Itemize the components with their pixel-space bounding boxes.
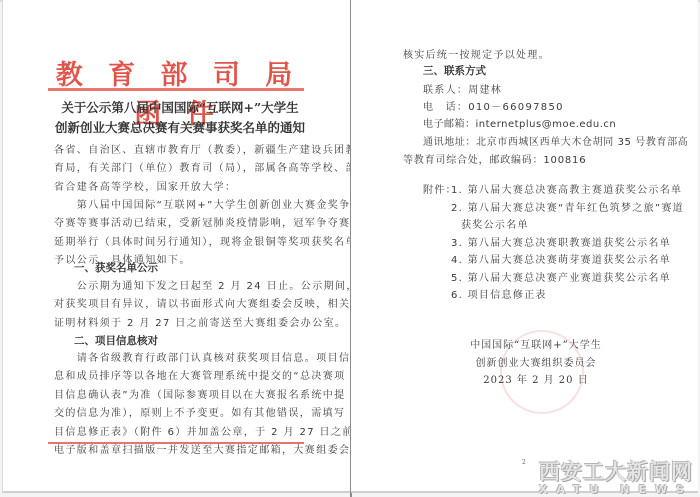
attachment-item-2-cont: 获奖公示名单 [461, 216, 529, 231]
contact-email: 电子邮箱：internetplus@moe.edu.cn [423, 115, 616, 130]
contact-address-line-1: 通讯地址：北京市西城区西单大木仓胡同 35 号教育部高 [423, 133, 688, 148]
section-2-line: 目信息修正表》（附件 6）并加盖公章，于 2 月 27 日之前将 [54, 424, 368, 442]
section-2-line: 请各省级教育行政部门认真核对获奖项目信息。项目信 [54, 350, 368, 368]
section-2-heading: 二、项目信息核对 [74, 333, 158, 348]
section-2-continuation: 核实后统一按规定予以处理。 [403, 46, 550, 61]
watermark-cn: 西安工大新闻网 [533, 460, 699, 484]
signature-org-line-2: 创新创业大赛组织委员会 [436, 354, 636, 369]
attachment-item-1: 1. 第八届大赛总决赛高教主赛道获奖公示名单 [451, 181, 682, 196]
attachment-item-2: 2. 第八届大赛总决赛“青年红色筑梦之旅”赛道 [451, 199, 684, 214]
intro-line: 延期举行（具体时间另行通知），现将金银铜等奖项获奖名单 [54, 234, 357, 252]
section-1-heading: 一、获奖名单公示 [74, 260, 158, 275]
footer-red-rule [48, 442, 304, 444]
page-number: 2 [522, 459, 526, 466]
notice-title-line-2: 创新创业大赛总决赛有关赛事获奖名单的通知 [40, 118, 320, 136]
attachment-item-5: 5. 第八届大赛总决赛产业赛道获奖公示名单 [451, 269, 671, 284]
notice-title-line-1: 关于公示第八届中国国际“互联网+”大学生 [40, 98, 320, 116]
letterhead-red-rule [48, 88, 304, 91]
section-2-line: 目信息确认表”为准（国际参赛项目以在大赛报名系统中提 [54, 387, 368, 405]
attachment-item-3: 3. 第八届大赛总决赛职教赛道获奖公示名单 [451, 234, 671, 249]
addressee-line: 各省、自治区、直辖市教育厅（教委），新疆生产建设兵团教 [54, 142, 357, 160]
section-2-line: 交的信息为准），原则上不予变更。如有其他错误，需填写《项 [54, 405, 368, 423]
addressee-line: 育局，有关部门（单位）教育司（局），部属各高等学校、部 [54, 160, 357, 178]
section-1-line: 公示期为通知下发之日起至 2 月 24 日止。公示期间，如 [54, 278, 369, 296]
section-2-line: 电子版和盖章扫描版一并发送至大赛指定邮箱，大赛组委会 [54, 442, 368, 460]
xatu-news-watermark: 西安工大新闻网 XATU NEWS [533, 460, 699, 496]
contact-phone: 电 话：010－66097850 [423, 98, 564, 113]
attachment-item-4: 4. 第八届大赛总决赛萌芽赛道获奖公示名单 [451, 251, 671, 266]
section-1-line: 对获奖项目有异议，请以书面形式向大赛组委会反映，相关 [54, 296, 369, 314]
section-2-line: 息和成员排序等以各地在大赛管理系统中提交的“总决赛项 [54, 368, 368, 386]
contact-person: 联系人：周建林 [423, 81, 502, 96]
section-1-line: 证明材料须于 2 月 27 日之前寄送至大赛组委会办公室。 [54, 315, 369, 333]
signature-date: 2023 年 2 月 20 日 [436, 371, 636, 386]
intro-line: 第八届中国国际“互联网+”大学生创新创业大赛金奖争 [54, 197, 357, 215]
addressee-line: 省合建各高等学校，国家开放大学： [54, 179, 357, 197]
addressee-block: 各省、自治区、直辖市教育厅（教委），新疆生产建设兵团教 育局，有关部门（单位）教… [54, 142, 357, 197]
contact-address-line-2: 等教育司综合处，邮政编码：100816 [403, 151, 586, 166]
signature-org-line-1: 中国国际“互联网+”大学生 [436, 336, 636, 351]
intro-line: 夺赛等赛事活动已结束，受新冠肺炎疫情影响，冠军争夺赛 [54, 215, 357, 233]
section-3-heading: 三、联系方式 [423, 63, 486, 78]
attachment-item-6: 6. 项目信息修正表 [451, 286, 547, 301]
section-1-paragraph: 公示期为通知下发之日起至 2 月 24 日止。公示期间，如 对获奖项目有异议，请… [54, 278, 369, 333]
watermark-en: XATU NEWS [533, 484, 699, 496]
